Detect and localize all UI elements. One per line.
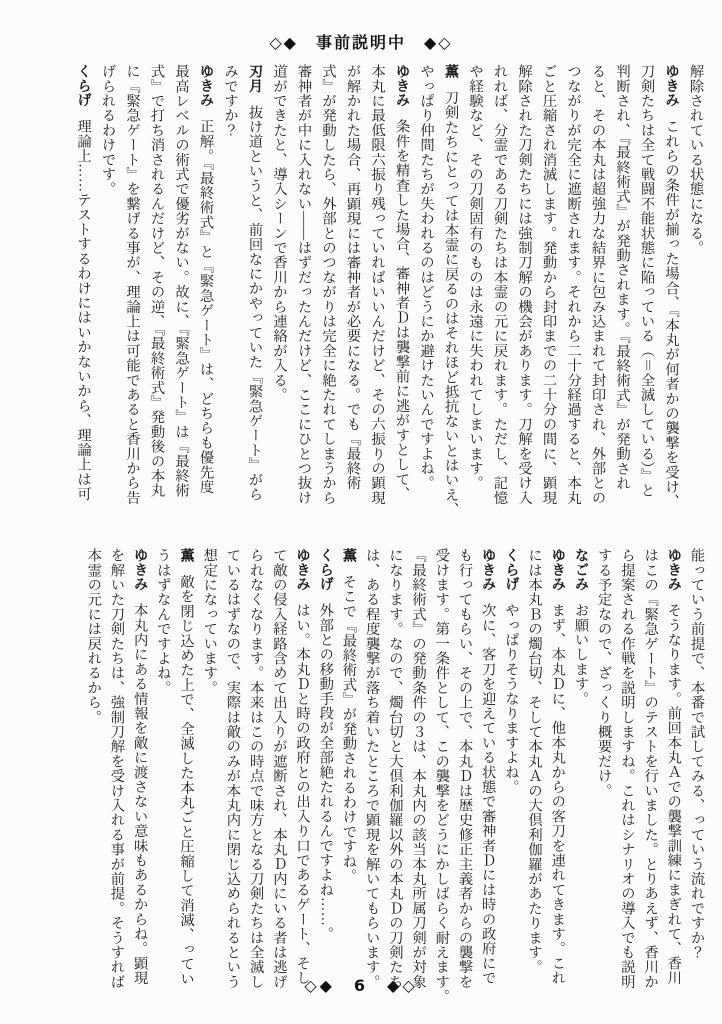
page-header: ◇◆ 事前説明中 ◆◇ <box>0 30 722 53</box>
speaker-name: ゆきみ <box>132 548 148 591</box>
dialogue-text: 解除された刀剣たちには強制刀解の機会があります。刀解を受け入 <box>517 64 533 505</box>
dialogue-text: お願いします。 <box>573 603 589 706</box>
text-column: 審神者が中に入れない——はずだったんだけど、ここにひとつ抜け <box>292 64 317 540</box>
speaker-name: なごみ <box>573 548 589 591</box>
dialogue-text: 判断され、『最終術式』が発動されます。『最終術式』が発動され <box>615 64 631 491</box>
text-column: げられるわけです。 <box>96 64 121 540</box>
dialogue-text: には本丸Ｂの燭台切、そして本丸Ａの大倶利伽羅があたります。 <box>527 548 543 974</box>
text-column: つながりが完全に遮断されます。それから二十分経過すると、本丸 <box>561 64 586 540</box>
text-column: 最高レベルの術式で優劣がない。故に、『緊急ゲート』は『最終術 <box>169 64 194 540</box>
dialogue-text: うはずなんですよね。 <box>155 548 171 695</box>
dialogue-text: ると、その本丸は超強力な結界に包み込まれて封印され、外部との <box>590 64 606 505</box>
dialogue-text: も行ってもらい、その上で、本丸Ｄは歴史修正主義者からの襲撃を <box>457 548 473 989</box>
text-column: 道ができたと、導入シーンで香川から連絡が入る。 <box>267 64 292 540</box>
text-column: ると、その本丸は超強力な結界に包み込まれて封印され、外部との <box>586 64 611 540</box>
text-column: 能っていう前提で、本番で試してみる、っていう流れですか？ <box>685 548 708 1010</box>
text-column: なごみお願いします。 <box>569 548 592 1010</box>
text-column: も行ってもらい、その上で、本丸Ｄは歴史修正主義者からの襲撃を <box>453 548 476 1010</box>
dialogue-text: げられるわけです。 <box>100 64 116 196</box>
dialogue-text: やっぱり仲間たちが失われるのはどうにか避けたいんですよね。 <box>419 64 435 490</box>
dialogue-text: 解除されている状態になる。 <box>688 64 704 255</box>
text-column: 本丸に最低限六振り残っていればいいんだけど、その六振りの顕現 <box>365 64 390 540</box>
speaker-name: くらげ <box>503 548 519 591</box>
speaker-name: ゆきみ <box>664 64 680 107</box>
text-column: ゆきみそうなります。前回本丸Ａでの襲撃訓練にまぎれて、香川 <box>662 548 685 1010</box>
dialogue-text: 道ができたと、導入シーンで香川から連絡が入る。 <box>272 64 288 402</box>
dialogue-text: 敵を閉じ込めた上で、全滅した本丸ごと圧縮して消滅、ってい <box>179 574 195 986</box>
text-column: はこの『緊急ゲート』のテストを行いました。とりあえず、香川か <box>638 548 661 1010</box>
dialogue-text: に『緊急ゲート』を繋げる事が、理論上は可能であると香川から告 <box>125 64 141 505</box>
speaker-name: ゆきみ <box>295 548 311 591</box>
dialogue-text: つながりが完全に遮断されます。それから二十分経過すると、本丸 <box>566 64 582 505</box>
dialogue-text: は、ある程度襲撃が落ち着いたところで顕現を解いてもらいます。 <box>364 548 380 989</box>
dialogue-text: そうなります。前回本丸Ａでの襲撃訓練にまぎれて、香川 <box>666 603 682 985</box>
dialogue-text: 式』が発動したら、外部とのつながりは完全に絶たれてしまうから <box>321 64 337 505</box>
dialogue-text: これらの条件が揃った場合、『本丸が何者かの襲撃を受け、 <box>664 119 680 509</box>
text-column: になります。なので、燭台切と大倶利伽羅以外の本丸Ｄの刀剣たち <box>383 548 406 1010</box>
speaker-name: 薫 <box>443 64 459 78</box>
text-column: れれば、分霊である刀剣たちは本霊の元に戻れます。ただし、記憶 <box>488 64 513 540</box>
dialogue-text: 刀剣たちにとっては本霊に戻るのはそれほど抵抗ないとはいえ、 <box>443 90 459 516</box>
speaker-name: ゆきみ <box>198 64 214 107</box>
text-column: 判断され、『最終術式』が発動されます。『最終術式』が発動され <box>610 64 635 540</box>
page-footer: ◇◆ 6 ◆◇ <box>0 973 722 996</box>
dialogue-text: 次に、客刀を迎えている状態で審神者Ｄには時の政府にで <box>480 603 496 985</box>
dialogue-text: みですか？ <box>223 64 239 138</box>
text-column: 想定になっています。 <box>198 548 221 1010</box>
dialogue-text: 本丸に最低限六振り残っていればいいんだけど、その六振りの顕現 <box>370 64 386 505</box>
dialogue-text: 本霊の元には戻れるから。 <box>86 548 102 724</box>
dialogue-text: て敵の侵入経路含めて出入りが遮断され、本丸Ｄ内にいる者は逃げ <box>271 548 287 989</box>
speaker-name: ゆきみ <box>550 548 566 591</box>
speaker-name: 薫 <box>179 548 195 562</box>
dialogue-text: を解いた刀剣たちは、強制刀解を受け入れる事が前提。そうすれば <box>109 548 125 989</box>
text-column: 受けます。第一条件として、この襲撃をどうにかしばらく耐えます。 <box>430 548 453 1010</box>
text-column: 解除された刀剣たちには強制刀解の機会があります。刀解を受け入 <box>512 64 537 540</box>
dialogue-text: られなくなります。本来はこの時点で味方となる刀剣たちは全滅し <box>248 548 264 989</box>
text-column: を解いた刀剣たちは、強制刀解を受け入れる事が前提。そうすれば <box>105 548 128 1010</box>
dialogue-text: 受けます。第一条件として、この襲撃をどうにかしばらく耐えます。 <box>434 548 450 1004</box>
dialogue-text: 抜け道というと、前回なにかやっていた『緊急ゲート』がら <box>247 105 263 502</box>
text-column: くらげやっぱりそうなりますよね。 <box>499 548 522 1010</box>
text-column: ゆきみ正解。『最終術式』と『緊急ゲート』は、どちらも優先度 <box>194 64 219 540</box>
dialogue-text: 外部との移動手段が全部絶たれるんですよね……。 <box>318 603 334 941</box>
dialogue-text: はこの『緊急ゲート』のテストを行いました。とりあえず、香川か <box>643 548 659 989</box>
dialogue-block-bottom: 能っていう前提で、本番で試してみる、っていう流れですか？ゆきみそうなります。前回… <box>82 548 708 1010</box>
speaker-name: 刃月 <box>247 64 263 93</box>
dialogue-block-top: 解除されている状態になる。ゆきみこれらの条件が揃った場合、『本丸が何者かの襲撃を… <box>71 64 708 540</box>
dialogue-text: まず、本丸Ｄに、他本丸からの客刀を連れてきます。これ <box>550 603 566 985</box>
text-column: くらげ理論上……テストするわけにはいかないから、理論上は可 <box>71 64 96 540</box>
speaker-name: ゆきみ <box>394 64 410 107</box>
text-column: られなくなります。本来はこの時点で味方となる刀剣たちは全滅し <box>244 548 267 1010</box>
dialogue-text: ているはずなので、実際は敵のみが本丸内に閉じ込められるという <box>225 548 241 989</box>
text-column: ごと圧縮され消滅します。発動から封印までの二十分の間に、顕現 <box>537 64 562 540</box>
speaker-name: ゆきみ <box>666 548 682 591</box>
speaker-name: ゆきみ <box>480 548 496 591</box>
text-column: は、ある程度襲撃が落ち着いたところで顕現を解いてもらいます。 <box>360 548 383 1010</box>
text-column: 解除されている状態になる。 <box>684 64 709 540</box>
document-page: ◇◆ 事前説明中 ◆◇ 解除されている状態になる。ゆきみこれらの条件が揃った場合… <box>0 0 722 1024</box>
text-column: 式』で打ち消されるんだけど、その逆、『最終術式』発動後の本丸 <box>145 64 170 540</box>
text-column: ゆきみ次に、客刀を迎えている状態で審神者Ｄには時の政府にで <box>476 548 499 1010</box>
dialogue-text: や経験など、その刀剣固有のものは永遠に失われてしまいます。 <box>468 64 484 490</box>
dialogue-text: が解かれた場合、再顕現には審神者が必要になる。でも『最終術 <box>345 64 361 490</box>
text-column: 薫敵を閉じ込めた上で、全滅した本丸ごと圧縮して消滅、ってい <box>174 548 197 1010</box>
dialogue-text: れれば、分霊である刀剣たちは本霊の元に戻れます。ただし、記憶 <box>492 64 508 505</box>
text-column: やっぱり仲間たちが失われるのはどうにか避けたいんですよね。 <box>414 64 439 540</box>
dialogue-text: ら提案される作戦を説明しますね。これはシナリオの導入でも説明 <box>619 548 635 989</box>
text-column: ら提案される作戦を説明しますね。これはシナリオの導入でも説明 <box>615 548 638 1010</box>
dialogue-text: 審神者が中に入れない——はずだったんだけど、ここにひとつ抜け <box>296 64 312 505</box>
text-column: ゆきみ条件を精査した場合、審神者Ｄは襲撃前に逃がすとして、 <box>390 64 415 540</box>
text-column: 式』が発動したら、外部とのつながりは完全に絶たれてしまうから <box>316 64 341 540</box>
dialogue-text: 式』で打ち消されるんだけど、その逆、『最終術式』発動後の本丸 <box>149 64 165 498</box>
dialogue-text: する予定なので、ざっくり概要だけ。 <box>596 548 612 798</box>
text-column: ゆきみまず、本丸Ｄに、他本丸からの客刀を連れてきます。これ <box>546 548 569 1010</box>
speaker-name: 薫 <box>341 548 357 562</box>
text-column: や経験など、その刀剣固有のものは永遠に失われてしまいます。 <box>463 64 488 540</box>
text-column: ゆきみ本丸内にある情報を敵に渡さない意味もあるからね。顕現 <box>128 548 151 1010</box>
dialogue-text: そこで『最終術式』が発動されるわけですね。 <box>341 574 357 883</box>
text-column: みですか？ <box>218 64 243 540</box>
text-column: 薫刀剣たちにとっては本霊に戻るのはそれほど抵抗ないとはいえ、 <box>439 64 464 540</box>
text-column: する予定なので、ざっくり概要だけ。 <box>592 548 615 1010</box>
text-column: くらげ外部との移動手段が全部絶たれるんですよね……。 <box>314 548 337 1010</box>
text-column: に『緊急ゲート』を繋げる事が、理論上は可能であると香川から告 <box>120 64 145 540</box>
dialogue-text: 刀剣たちは全て戦闘不能状態に陥っている（＝全滅している）』と <box>639 64 655 498</box>
dialogue-text: 理論上……テストするわけにはいかないから、理論上は可 <box>76 119 92 501</box>
dialogue-text: 『最終術式』の発動条件の３は、本丸内の該当本丸所属刀剣が対象 <box>411 548 427 989</box>
text-column: 『最終術式』の発動条件の３は、本丸内の該当本丸所属刀剣が対象 <box>406 548 429 1010</box>
dialogue-text: になります。なので、燭台切と大倶利伽羅以外の本丸Ｄの刀剣たち <box>387 548 403 989</box>
text-column: ゆきみこれらの条件が揃った場合、『本丸が何者かの襲撃を受け、 <box>659 64 684 540</box>
dialogue-text: 想定になっています。 <box>202 548 218 695</box>
dialogue-text: 本丸内にある情報を敵に渡さない意味もあるからね。顕現 <box>132 603 148 985</box>
dialogue-text: はい。本丸Ｄと時の政府との出入り口であるゲート、そし <box>295 603 311 985</box>
dialogue-text: 条件を精査した場合、審神者Ｄは襲撃前に逃がすとして、 <box>394 119 410 501</box>
text-column: ゆきみはい。本丸Ｄと時の政府との出入り口であるゲート、そし <box>290 548 313 1010</box>
dialogue-text: 正解。『最終術式』と『緊急ゲート』は、どちらも優先度 <box>198 119 214 494</box>
text-column: 刀剣たちは全て戦闘不能状態に陥っている（＝全滅している）』と <box>635 64 660 540</box>
text-column: て敵の侵入経路含めて出入りが遮断され、本丸Ｄ内にいる者は逃げ <box>267 548 290 1010</box>
speaker-name: くらげ <box>76 64 92 107</box>
text-column: 刃月抜け道というと、前回なにかやっていた『緊急ゲート』がら <box>243 64 268 540</box>
text-column: には本丸Ｂの燭台切、そして本丸Ａの大倶利伽羅があたります。 <box>522 548 545 1010</box>
dialogue-text: ごと圧縮され消滅します。発動から封印までの二十分の間に、顕現 <box>541 64 557 505</box>
dialogue-text: やっぱりそうなりますよね。 <box>503 603 519 794</box>
dialogue-text: 能っていう前提で、本番で試してみる、っていう流れですか？ <box>689 548 705 960</box>
text-column: 本霊の元には戻れるから。 <box>82 548 105 1010</box>
text-column: が解かれた場合、再顕現には審神者が必要になる。でも『最終術 <box>341 64 366 540</box>
dialogue-text: 最高レベルの術式で優劣がない。故に、『緊急ゲート』は『最終術 <box>174 64 190 498</box>
text-column: うはずなんですよね。 <box>151 548 174 1010</box>
speaker-name: くらげ <box>318 548 334 591</box>
text-column: 薫そこで『最終術式』が発動されるわけですね。 <box>337 548 360 1010</box>
text-column: ているはずなので、実際は敵のみが本丸内に閉じ込められるという <box>221 548 244 1010</box>
